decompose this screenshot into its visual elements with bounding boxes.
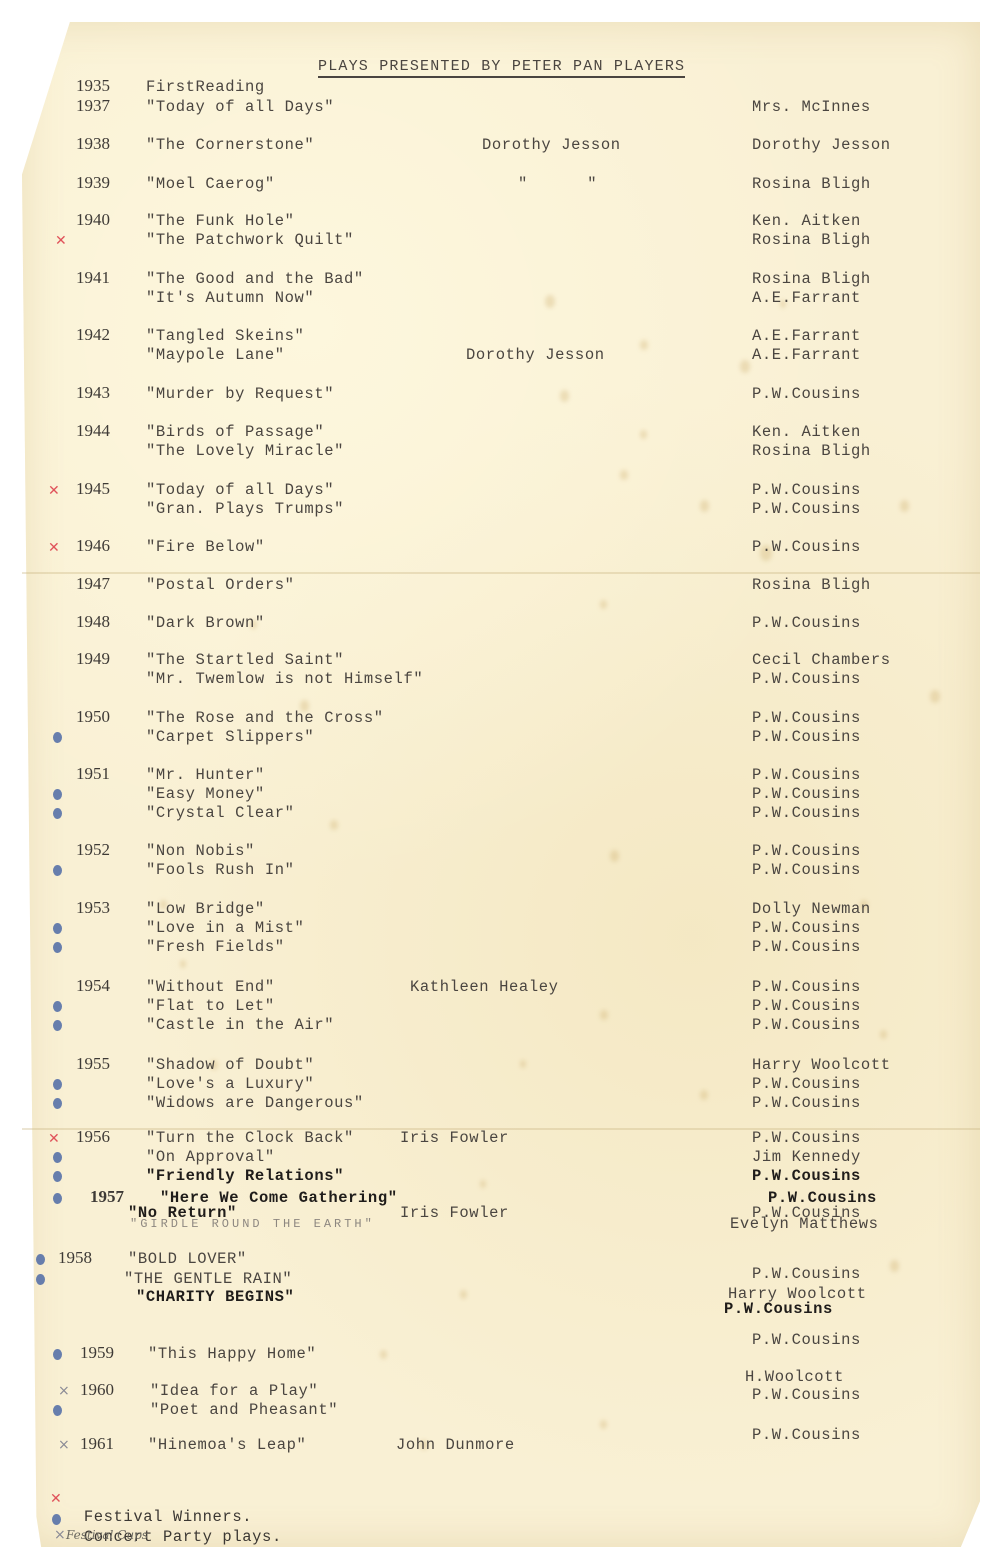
producer-name: Ken. Aitken — [752, 423, 861, 441]
entry-year: 1945 — [76, 479, 110, 499]
foxing-spot — [460, 1290, 467, 1299]
producer-name: Rosina Bligh — [752, 270, 871, 288]
blue-dot-icon — [53, 1193, 62, 1204]
foxing-spot — [890, 1260, 899, 1272]
blue-dot-icon — [36, 1274, 45, 1285]
foxing-spot — [880, 1030, 887, 1039]
play-title: "Tangled Skeins" — [146, 327, 304, 345]
entry-year: 1939 — [76, 173, 110, 193]
play-title: "Hinemoa's Leap" — [148, 1436, 306, 1454]
play-title: FirstReading — [146, 78, 265, 96]
play-title: "Murder by Request" — [146, 385, 334, 403]
play-title: "Turn the Clock Back" — [146, 1129, 354, 1147]
producer-name: H.Woolcott — [745, 1368, 844, 1386]
play-title: "Fresh Fields" — [146, 938, 285, 956]
play-title: "This Happy Home" — [148, 1345, 316, 1363]
foxing-spot — [480, 1180, 486, 1188]
play-title: "Easy Money" — [146, 785, 265, 803]
play-title: "Shadow of Doubt" — [146, 1056, 314, 1074]
producer-name: P.W.Cousins — [752, 1016, 861, 1034]
red-cross-icon: ✕ — [55, 234, 67, 248]
play-title: "Low Bridge" — [146, 900, 265, 918]
legend-festival-cups-handwritten: ×Festival Cups — [66, 1528, 148, 1542]
foxing-spot — [640, 430, 647, 439]
producer-name: P.W.Cousins — [752, 1167, 861, 1185]
play-title: "BOLD LOVER" — [128, 1250, 247, 1268]
red-cross-icon: ✕ — [50, 1492, 62, 1506]
fold-line — [22, 572, 980, 574]
producer-name: Rosina Bligh — [752, 576, 871, 594]
play-title: "Dark Brown" — [146, 614, 265, 632]
producer-name: P.W.Cousins — [752, 919, 861, 937]
director-name: Dorothy Jesson — [482, 136, 621, 154]
entry-year: 1935 — [76, 76, 110, 96]
play-title: "Friendly Relations" — [146, 1167, 344, 1185]
producer-name: P.W.Cousins — [752, 1094, 861, 1112]
producer-name: P.W.Cousins — [752, 538, 861, 556]
foxing-spot — [520, 1060, 526, 1068]
foxing-spot — [900, 500, 909, 512]
entry-year: 1938 — [76, 134, 110, 154]
entry-year: 1937 — [76, 96, 110, 116]
entry-year: 1941 — [76, 268, 110, 288]
producer-name: Harry Woolcott — [752, 1056, 891, 1074]
blue-dot-icon — [36, 1254, 45, 1265]
producer-name: Dolly Newman — [752, 900, 871, 918]
red-cross-icon: ✕ — [48, 484, 60, 498]
entry-year: 1940 — [76, 210, 110, 230]
play-title: "Moel Caerog" — [146, 175, 275, 193]
director-name: " " — [518, 175, 597, 193]
foxing-spot — [610, 850, 619, 862]
play-title: "Fire Below" — [146, 538, 265, 556]
entry-year: 1950 — [76, 707, 110, 727]
play-title: "The Rose and the Cross" — [146, 709, 384, 727]
producer-name: P.W.Cousins — [752, 728, 861, 746]
entry-year: 1954 — [76, 976, 110, 996]
entry-year: 1953 — [76, 898, 110, 918]
producer-name: P.W.Cousins — [752, 1129, 861, 1147]
producer-name: Jim Kennedy — [752, 1148, 861, 1166]
producer-name: A.E.Farrant — [752, 289, 861, 307]
director-name: Kathleen Healey — [410, 978, 559, 996]
entry-year: 1958 — [58, 1248, 92, 1268]
producer-name: Rosina Bligh — [752, 231, 871, 249]
producer-name: Mrs. McInnes — [752, 98, 871, 116]
producer-name: A.E.Farrant — [752, 346, 861, 364]
red-cross-icon: ✕ — [48, 541, 60, 555]
entry-year: 1944 — [76, 421, 110, 441]
gray-cross-icon: × — [58, 1438, 70, 1452]
producer-name: P.W.Cousins — [752, 670, 861, 688]
foxing-spot — [180, 960, 186, 968]
producer-name: P.W.Cousins — [752, 785, 861, 803]
play-title: "Love's a Luxury" — [146, 1075, 314, 1093]
play-title: "Today of all Days" — [146, 481, 334, 499]
play-title: "It's Autumn Now" — [146, 289, 314, 307]
director-name: Iris Fowler — [400, 1129, 509, 1147]
play-title: "Postal Orders" — [146, 576, 295, 594]
play-title: "Flat to Let" — [146, 997, 275, 1015]
producer-name: P.W.Cousins — [752, 614, 861, 632]
play-title: "Birds of Passage" — [146, 423, 324, 441]
entry-year: 1961 — [80, 1434, 114, 1454]
producer-name: Dorothy Jesson — [752, 136, 891, 154]
play-title: "Maypole Lane" — [146, 346, 285, 364]
entry-year: 1952 — [76, 840, 110, 860]
producer-name: Rosina Bligh — [752, 442, 871, 460]
foxing-spot — [545, 295, 555, 308]
play-title: "THE GENTLE RAIN" — [124, 1270, 292, 1288]
foxing-spot — [700, 500, 709, 512]
red-cross-icon: ✕ — [48, 1132, 60, 1146]
producer-name: Evelyn Matthews — [730, 1215, 879, 1233]
play-title: "Today of all Days" — [146, 98, 334, 116]
play-title: "The Lovely Miracle" — [146, 442, 344, 460]
producer-name: A.E.Farrant — [752, 327, 861, 345]
blue-dot-icon — [52, 1514, 61, 1525]
play-title: "Mr. Hunter" — [146, 766, 265, 784]
play-title: "The Cornerstone" — [146, 136, 314, 154]
producer-name: P.W.Cousins — [752, 500, 861, 518]
producer-name: P.W.Cousins — [752, 1331, 861, 1349]
producer-name: P.W.Cousins — [752, 1386, 861, 1404]
producer-name: P.W.Cousins — [752, 997, 861, 1015]
entry-year: 1956 — [76, 1127, 110, 1147]
producer-name: P.W.Cousins — [752, 804, 861, 822]
producer-name: Rosina Bligh — [752, 175, 871, 193]
foxing-spot — [740, 360, 750, 373]
entry-year: 1943 — [76, 383, 110, 403]
foxing-spot — [600, 1420, 607, 1429]
play-title: "Crystal Clear" — [146, 804, 295, 822]
document-title: PLAYS PRESENTED BY PETER PAN PLAYERS — [318, 58, 685, 78]
play-title: "Poet and Pheasant" — [150, 1401, 338, 1419]
producer-name: P.W.Cousins — [752, 481, 861, 499]
entry-year: 1948 — [76, 612, 110, 632]
director-name: Iris Fowler — [400, 1204, 509, 1222]
producer-name: P.W.Cousins — [752, 766, 861, 784]
play-title: "The Startled Saint" — [146, 651, 344, 669]
producer-name: Ken. Aitken — [752, 212, 861, 230]
foxing-spot — [380, 1350, 387, 1359]
producer-name: P.W.Cousins — [752, 842, 861, 860]
play-title: "The Good and the Bad" — [146, 270, 364, 288]
entry-year: 1949 — [76, 649, 110, 669]
play-title: "Idea for a Play" — [150, 1382, 318, 1400]
play-title: "The Funk Hole" — [146, 212, 295, 230]
foxing-spot — [930, 690, 940, 703]
play-title: "Mr. Twemlow is not Himself" — [146, 670, 423, 688]
director-name: John Dunmore — [396, 1436, 515, 1454]
producer-name: P.W.Cousins — [752, 1426, 861, 1444]
gray-cross-icon: × — [58, 1384, 70, 1398]
play-title: "Carpet Slippers" — [146, 728, 314, 746]
director-name: Dorothy Jesson — [466, 346, 605, 364]
blue-dot-icon — [53, 1349, 62, 1360]
foxing-spot — [600, 600, 607, 609]
entry-year: 1951 — [76, 764, 110, 784]
producer-name: P.W.Cousins — [752, 709, 861, 727]
entry-year: 1957 — [90, 1187, 124, 1207]
producer-name: P.W.Cousins — [752, 861, 861, 879]
legend-festival-cups-text: Festival Cups — [66, 1528, 148, 1542]
foxing-spot — [560, 390, 569, 402]
producer-name: P.W.Cousins — [752, 385, 861, 403]
play-title: "Fools Rush In" — [146, 861, 295, 879]
entry-year: 1942 — [76, 325, 110, 345]
play-title: "Without End" — [146, 978, 275, 996]
entry-year: 1960 — [80, 1380, 114, 1400]
play-title: "GIRDLE ROUND THE EARTH" — [130, 1217, 375, 1231]
play-title: "Widows are Dangerous" — [146, 1094, 364, 1112]
play-title: "Love in a Mist" — [146, 919, 304, 937]
producer-name: P.W.Cousins — [752, 978, 861, 996]
entry-year: 1947 — [76, 574, 110, 594]
producer-name: P.W.Cousins — [752, 1265, 861, 1283]
entry-year: 1955 — [76, 1054, 110, 1074]
play-title: "The Patchwork Quilt" — [146, 231, 354, 249]
producer-name: P.W.Cousins — [724, 1300, 833, 1318]
entry-year: 1946 — [76, 536, 110, 556]
play-title: "Gran. Plays Trumps" — [146, 500, 344, 518]
play-title: "Non Nobis" — [146, 842, 255, 860]
producer-name: P.W.Cousins — [752, 1075, 861, 1093]
entry-year: 1959 — [80, 1343, 114, 1363]
producer-name: P.W.Cousins — [752, 938, 861, 956]
producer-name: Cecil Chambers — [752, 651, 891, 669]
play-title: "CHARITY BEGINS" — [136, 1288, 294, 1306]
gray-cross-icon: × — [54, 1528, 66, 1542]
blue-dot-icon — [53, 1405, 62, 1416]
play-title: "Castle in the Air" — [146, 1016, 334, 1034]
play-title: "On Approval" — [146, 1148, 275, 1166]
